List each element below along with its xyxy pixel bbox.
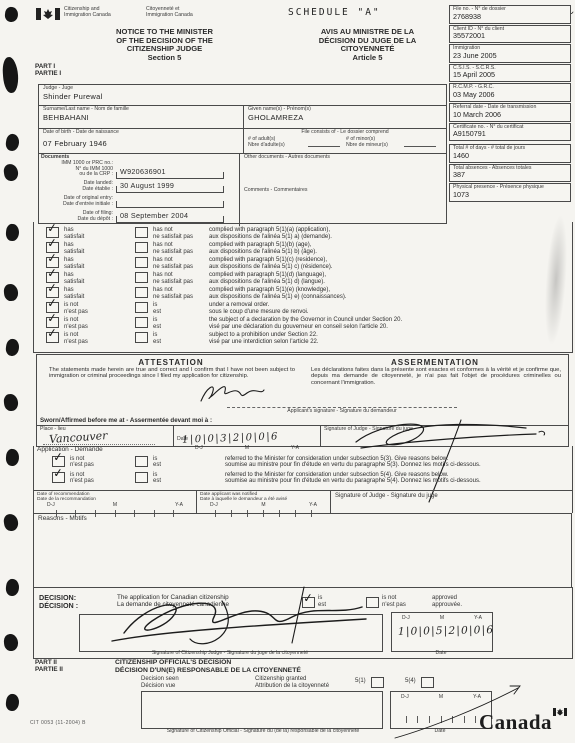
is-checkbox[interactable] [135, 332, 148, 343]
is-checkbox[interactable] [135, 302, 148, 313]
compliance-desc: complied with paragraph 5(1)(b) (age), a… [209, 242, 317, 255]
referral-53-row: ✓ is not n'est pas is est referred to th… [34, 456, 572, 472]
decision-seen-label: Decision seen Décision vue [141, 676, 179, 689]
s51-checkbox[interactable] [371, 677, 384, 688]
is-not-checkbox[interactable]: ✓ [46, 332, 59, 343]
other-documents-label: Other documents - Autres documents [244, 155, 442, 161]
is-not-label: is not n'est pas [64, 302, 126, 315]
field-value[interactable]: 35572001 [453, 32, 567, 40]
attestation-box: ATTESTATION The statements made herein a… [36, 354, 569, 447]
removal-order-row: ✓ is not n'est pas is est under a remova… [34, 302, 572, 317]
approved-label: approved approuvée. [432, 595, 462, 608]
is-label: is est [153, 302, 203, 315]
rcmp-date-box: R.C.M.P. - G.R.C. 03 May 2006 [449, 83, 571, 102]
immigration-date-box: Immigration 23 June 2005 [449, 44, 571, 63]
is-label: is est [153, 317, 203, 330]
comments-label: Comments - Commentaires [244, 188, 307, 194]
surname-cell: Surname/Last name - Nom de famille BEHBA… [39, 106, 244, 128]
has-not-checkbox[interactable] [135, 287, 148, 298]
month-header: M [113, 502, 117, 508]
has-not-label: has not ne satisfait pas [153, 287, 203, 300]
canada-flag-icon [36, 8, 60, 20]
year-header: Y-A [474, 615, 482, 621]
compliance-desc: the subject of a declaration by the Gove… [209, 317, 402, 330]
name-row: Surname/Last name - Nom de famille BEHBA… [39, 106, 446, 129]
judge-value[interactable]: Shinder Purewal [43, 92, 442, 101]
checkmark-icon: ✓ [46, 221, 57, 236]
is-not-label: is not n'est pas [382, 595, 406, 608]
decision-label: DECISION: DÉCISION : [39, 594, 78, 610]
has-not-label: has not ne satisfait pas [153, 242, 203, 255]
attestation-text-fr: Les déclarations faites dans la présente… [311, 367, 561, 386]
recommendation-date-cell: Date of recommendation Date de la recomm… [34, 491, 197, 514]
checkmark-icon: ✓ [46, 236, 57, 251]
is-not-label: is not n'est pas [64, 332, 126, 345]
field-value[interactable]: 387 [453, 171, 567, 179]
day-header: D-J [210, 502, 218, 508]
original-entry-value[interactable] [116, 196, 224, 208]
notified-date-label: Date applicant was notified Date à laque… [200, 492, 327, 502]
is-checkbox[interactable] [135, 317, 148, 328]
has-not-checkbox[interactable] [135, 242, 148, 253]
compliance-desc: subject to a prohibition under Section 2… [209, 332, 319, 345]
attestation-title-fr: ASSERMENTATION [309, 358, 561, 367]
recommendation-date-label: Date of recommendation Date de la recomm… [37, 492, 193, 502]
prohibition-row: ✓ is not n'est pas is est subject to a p… [34, 332, 572, 347]
date-filing-value[interactable]: 08 September 2004 [116, 211, 224, 223]
is-checkbox[interactable] [135, 456, 148, 467]
has-label: has satisfait [64, 242, 126, 255]
judge-signature-caption: Signature of Citizenship Judge - Signatu… [79, 651, 381, 657]
decision-date-box: D-JMY-A 1|0|0|5|2|0|0|6 [391, 612, 493, 652]
s51-label: 5(1) [355, 678, 366, 685]
has-not-label: has not ne satisfait pas [153, 257, 203, 270]
referral-desc: referred to the Minister for considerati… [225, 456, 481, 469]
documents-row: Documents IMM 1000 or PRC no.: N° du IMM… [39, 154, 446, 226]
referral-date-box: Referral date - Date de transmission 10 … [449, 103, 571, 122]
day-header: D-J [47, 502, 55, 508]
attestation-text-en: The statements made herein are true and … [49, 367, 295, 380]
scanned-form-page: Citizenship and Immigration Canada Citoy… [0, 0, 575, 743]
has-not-checkbox[interactable] [135, 272, 148, 283]
is-not-label: is not n'est pas [70, 456, 126, 469]
sworn-label: Sworn/Affirmed before me at - Assermenté… [40, 417, 212, 424]
binder-mark [4, 6, 19, 23]
binder-mark [3, 513, 19, 532]
notified-date-cell: Date applicant was notified Date à laque… [197, 491, 331, 514]
physical-presence-box: Physical presence - Présence physique 10… [449, 183, 571, 202]
compliance-row-d: ✓ has satisfait has not ne satisfait pas… [34, 272, 572, 287]
field-value[interactable]: 1073 [453, 191, 567, 199]
schedule-title: SCHEDULE "A" [288, 7, 381, 18]
certificate-number-box: Certificate no. - N° du certificat A9150… [449, 123, 571, 142]
binder-mark [5, 133, 21, 152]
referral-desc: referred to the Minister for considerati… [225, 472, 481, 485]
has-not-label: has not ne satisfait pas [153, 272, 203, 285]
sworn-date-handwritten[interactable]: 1|0|0|3|2|0|0|6 [182, 431, 279, 445]
judge-signature-cell: Signature of Judge - Signature du juge [321, 426, 568, 447]
field-value[interactable]: 15 April 2005 [453, 71, 567, 79]
official-signature-caption: Signature of Citizenship Official - Sign… [108, 729, 418, 735]
compliance-row-c: ✓ has satisfait has not ne satisfait pas… [34, 257, 572, 272]
compliance-desc: complied with paragraph 5(1)(c) (residen… [209, 257, 333, 270]
file-number-box: File no. - N° de dossier 2768938 [449, 5, 571, 24]
checkmark-icon: ✓ [46, 266, 57, 281]
decision-date-caption: Date [391, 651, 491, 657]
canada-wordmark: Canada [479, 710, 552, 735]
compliance-row-b: ✓ has satisfait has not ne satisfait pas… [34, 242, 572, 257]
file-consists-label: File consists of - Le dossier comprend [248, 130, 442, 136]
minors-field[interactable] [404, 137, 436, 147]
has-not-checkbox[interactable] [135, 257, 148, 268]
has-label: has satisfait [64, 227, 126, 240]
reasons-box: Reasons - Motifs [33, 513, 572, 588]
is-not-label: is not n'est pas [70, 472, 126, 485]
total-absences-box: Total absences - Absences totales 387 [449, 164, 571, 183]
compliance-section: ✓ has satisfait has not ne satisfait pas… [33, 222, 573, 353]
minors-label: # of minor(s) Nbre de mineur(s) [346, 137, 404, 149]
checkmark-icon: ✓ [46, 326, 57, 341]
reasons-label: Reasons - Motifs [34, 514, 571, 523]
checkmark-icon: ✓ [46, 296, 57, 311]
compliance-desc: complied with paragraph 5(1)(d) (languag… [209, 272, 326, 285]
imm1000-label: IMM 1000 or PRC no.: N° du IMM 1000 ou d… [41, 161, 113, 179]
day-header: D-J [402, 615, 410, 621]
part2-label: PART II PARTIE II [35, 659, 63, 673]
compliance-desc: complied with paragraph 5(1)(e) (knowled… [209, 287, 347, 300]
governor-declaration-row: ✓ is not n'est pas is est the subject of… [34, 317, 572, 332]
is-checkbox[interactable] [135, 472, 148, 483]
form-title-en: NOTICE TO THE MINISTER OF THE DECISION O… [72, 28, 257, 62]
dob-row: Date of birth - Date de naissance 07 Feb… [39, 129, 446, 154]
field-value[interactable]: 2768938 [453, 13, 567, 21]
decision-date-handwritten[interactable]: 1|0|0|5|2|0|0|6 [398, 624, 492, 638]
dob-label: Date of birth - Date de naissance [43, 130, 239, 136]
binder-mark [3, 163, 19, 182]
judge-row: Judge - Juge Shinder Purewal [39, 85, 446, 106]
binder-mark [3, 633, 18, 651]
attestation-title-en: ATTESTATION [47, 358, 295, 367]
has-label: has satisfait [64, 272, 126, 285]
form-title-fr: AVIS AU MINISTRE DE LA DÉCISION DU JUGE … [280, 28, 455, 62]
judge-signature-cell-2: Signature of Judge - Signature du juge [331, 491, 572, 514]
official-signature-box [141, 691, 383, 729]
checkmark-icon: ✓ [46, 281, 57, 296]
checkmark-icon: ✓ [52, 449, 63, 464]
is-not-checkbox[interactable]: ✓ [52, 472, 65, 483]
binder-mark [2, 57, 19, 94]
application-section: Application - Demande ✓ is not n'est pas… [33, 446, 573, 513]
original-entry-label: Date of original entry: Date d'entrée in… [41, 196, 113, 208]
binder-mark [5, 448, 19, 466]
is-label: is est [153, 472, 197, 485]
binder-mark [5, 223, 20, 241]
other-documents-cell: Other documents - Autres documents Comme… [240, 154, 446, 226]
has-not-label: has not ne satisfait pas [153, 227, 203, 240]
date-landed-value[interactable]: 30 August 1999 [116, 181, 224, 193]
binder-mark [5, 338, 20, 357]
surname-value[interactable]: BEHBAHANI [43, 113, 239, 122]
referral-54-row: ✓ is not n'est pas is est referred to th… [34, 472, 572, 488]
is-label: is est [153, 456, 197, 469]
citizenship-granted-label: Citizenship granted Attribution de la ci… [255, 676, 329, 689]
client-id-box: Client ID - N° du client 35572001 [449, 25, 571, 44]
checkmark-icon: ✓ [46, 251, 57, 266]
adults-label: # of adult(s) Nbre d'adulte(s) [248, 137, 308, 149]
part2-title: CITIZENSHIP OFFICIAL'S DECISION DÉCISION… [115, 659, 301, 674]
year-header: Y-A [175, 502, 183, 508]
dept-name-en: Citizenship and Immigration Canada [64, 7, 111, 19]
binder-mark [5, 578, 20, 596]
dept-name-fr: Citoyenneté et Immigration Canada [146, 7, 193, 19]
year-header: Y-A [309, 502, 317, 508]
csis-date-box: C.S.I.S. - S.C.R.S. 15 April 2005 [449, 64, 571, 83]
binder-mark [3, 283, 19, 301]
has-not-checkbox[interactable] [135, 227, 148, 238]
given-name-value[interactable]: GHOLAMREZA [248, 113, 442, 122]
dob-value[interactable]: 07 February 1946 [43, 139, 239, 148]
field-value[interactable]: A9150791 [453, 130, 567, 138]
sworn-date-cell: Date D-J M Y-A 1|0|0|3|2|0|0|6 [174, 426, 321, 447]
reference-column: File no. - N° de dossier 2768938 Client … [449, 5, 571, 203]
is-label: is est [153, 332, 203, 345]
has-label: has satisfait [64, 257, 126, 270]
compliance-row-e: ✓ has satisfait has not ne satisfait pas… [34, 287, 572, 302]
has-label: has satisfait [64, 287, 126, 300]
applicant-signature [197, 379, 267, 407]
field-value[interactable]: 10 March 2006 [453, 111, 567, 119]
canada-flag-icon [553, 708, 567, 716]
adults-field[interactable] [308, 137, 340, 147]
imm1000-value[interactable]: W920636901 [116, 167, 224, 179]
file-consists-cell: File consists of - Le dossier comprend #… [244, 129, 446, 153]
citizenship-judge-signature [94, 585, 384, 655]
form-number: CIT 0053 (11-2004) B [30, 720, 86, 726]
decision-section: DECISION: DÉCISION : The application for… [33, 587, 573, 659]
month-header: M [440, 615, 444, 621]
compliance-desc: complied with paragraph 5(1)(a) (applica… [209, 227, 332, 240]
checkmark-icon: ✓ [46, 311, 57, 326]
given-name-cell: Given name(s) - Prénom(s) GHOLAMREZA [244, 106, 446, 128]
field-value[interactable]: 03 May 2006 [453, 91, 567, 99]
is-not-label: is not n'est pas [64, 317, 126, 330]
personal-info-box: Judge - Juge Shinder Purewal Surname/Las… [38, 84, 447, 224]
month-header: M [261, 502, 265, 508]
field-value[interactable]: 23 June 2005 [453, 52, 567, 60]
binder-mark [3, 393, 19, 412]
checkmark-icon: ✓ [52, 465, 63, 480]
documents-cell: Documents IMM 1000 or PRC no.: N° du IMM… [39, 154, 240, 226]
field-value[interactable]: 1460 [453, 152, 567, 160]
compliance-desc: under a removal order. sous le coup d'un… [209, 302, 309, 315]
application-label: Application - Demande [34, 446, 572, 454]
place-cell: Place - lieu Vancouver [37, 426, 174, 447]
date-landed-label: Date landed: Date établie : [41, 181, 113, 193]
dob-cell: Date of birth - Date de naissance 07 Feb… [39, 129, 244, 153]
part1-label: PART I PARTIE I [35, 63, 61, 77]
binder-mark [5, 693, 20, 712]
total-days-box: Total # of days - # total de jours 1460 [449, 144, 571, 163]
judge-signature-label: Signature of Judge - Signature du juge [335, 493, 568, 500]
compliance-row-a: ✓ has satisfait has not ne satisfait pas… [34, 227, 572, 242]
